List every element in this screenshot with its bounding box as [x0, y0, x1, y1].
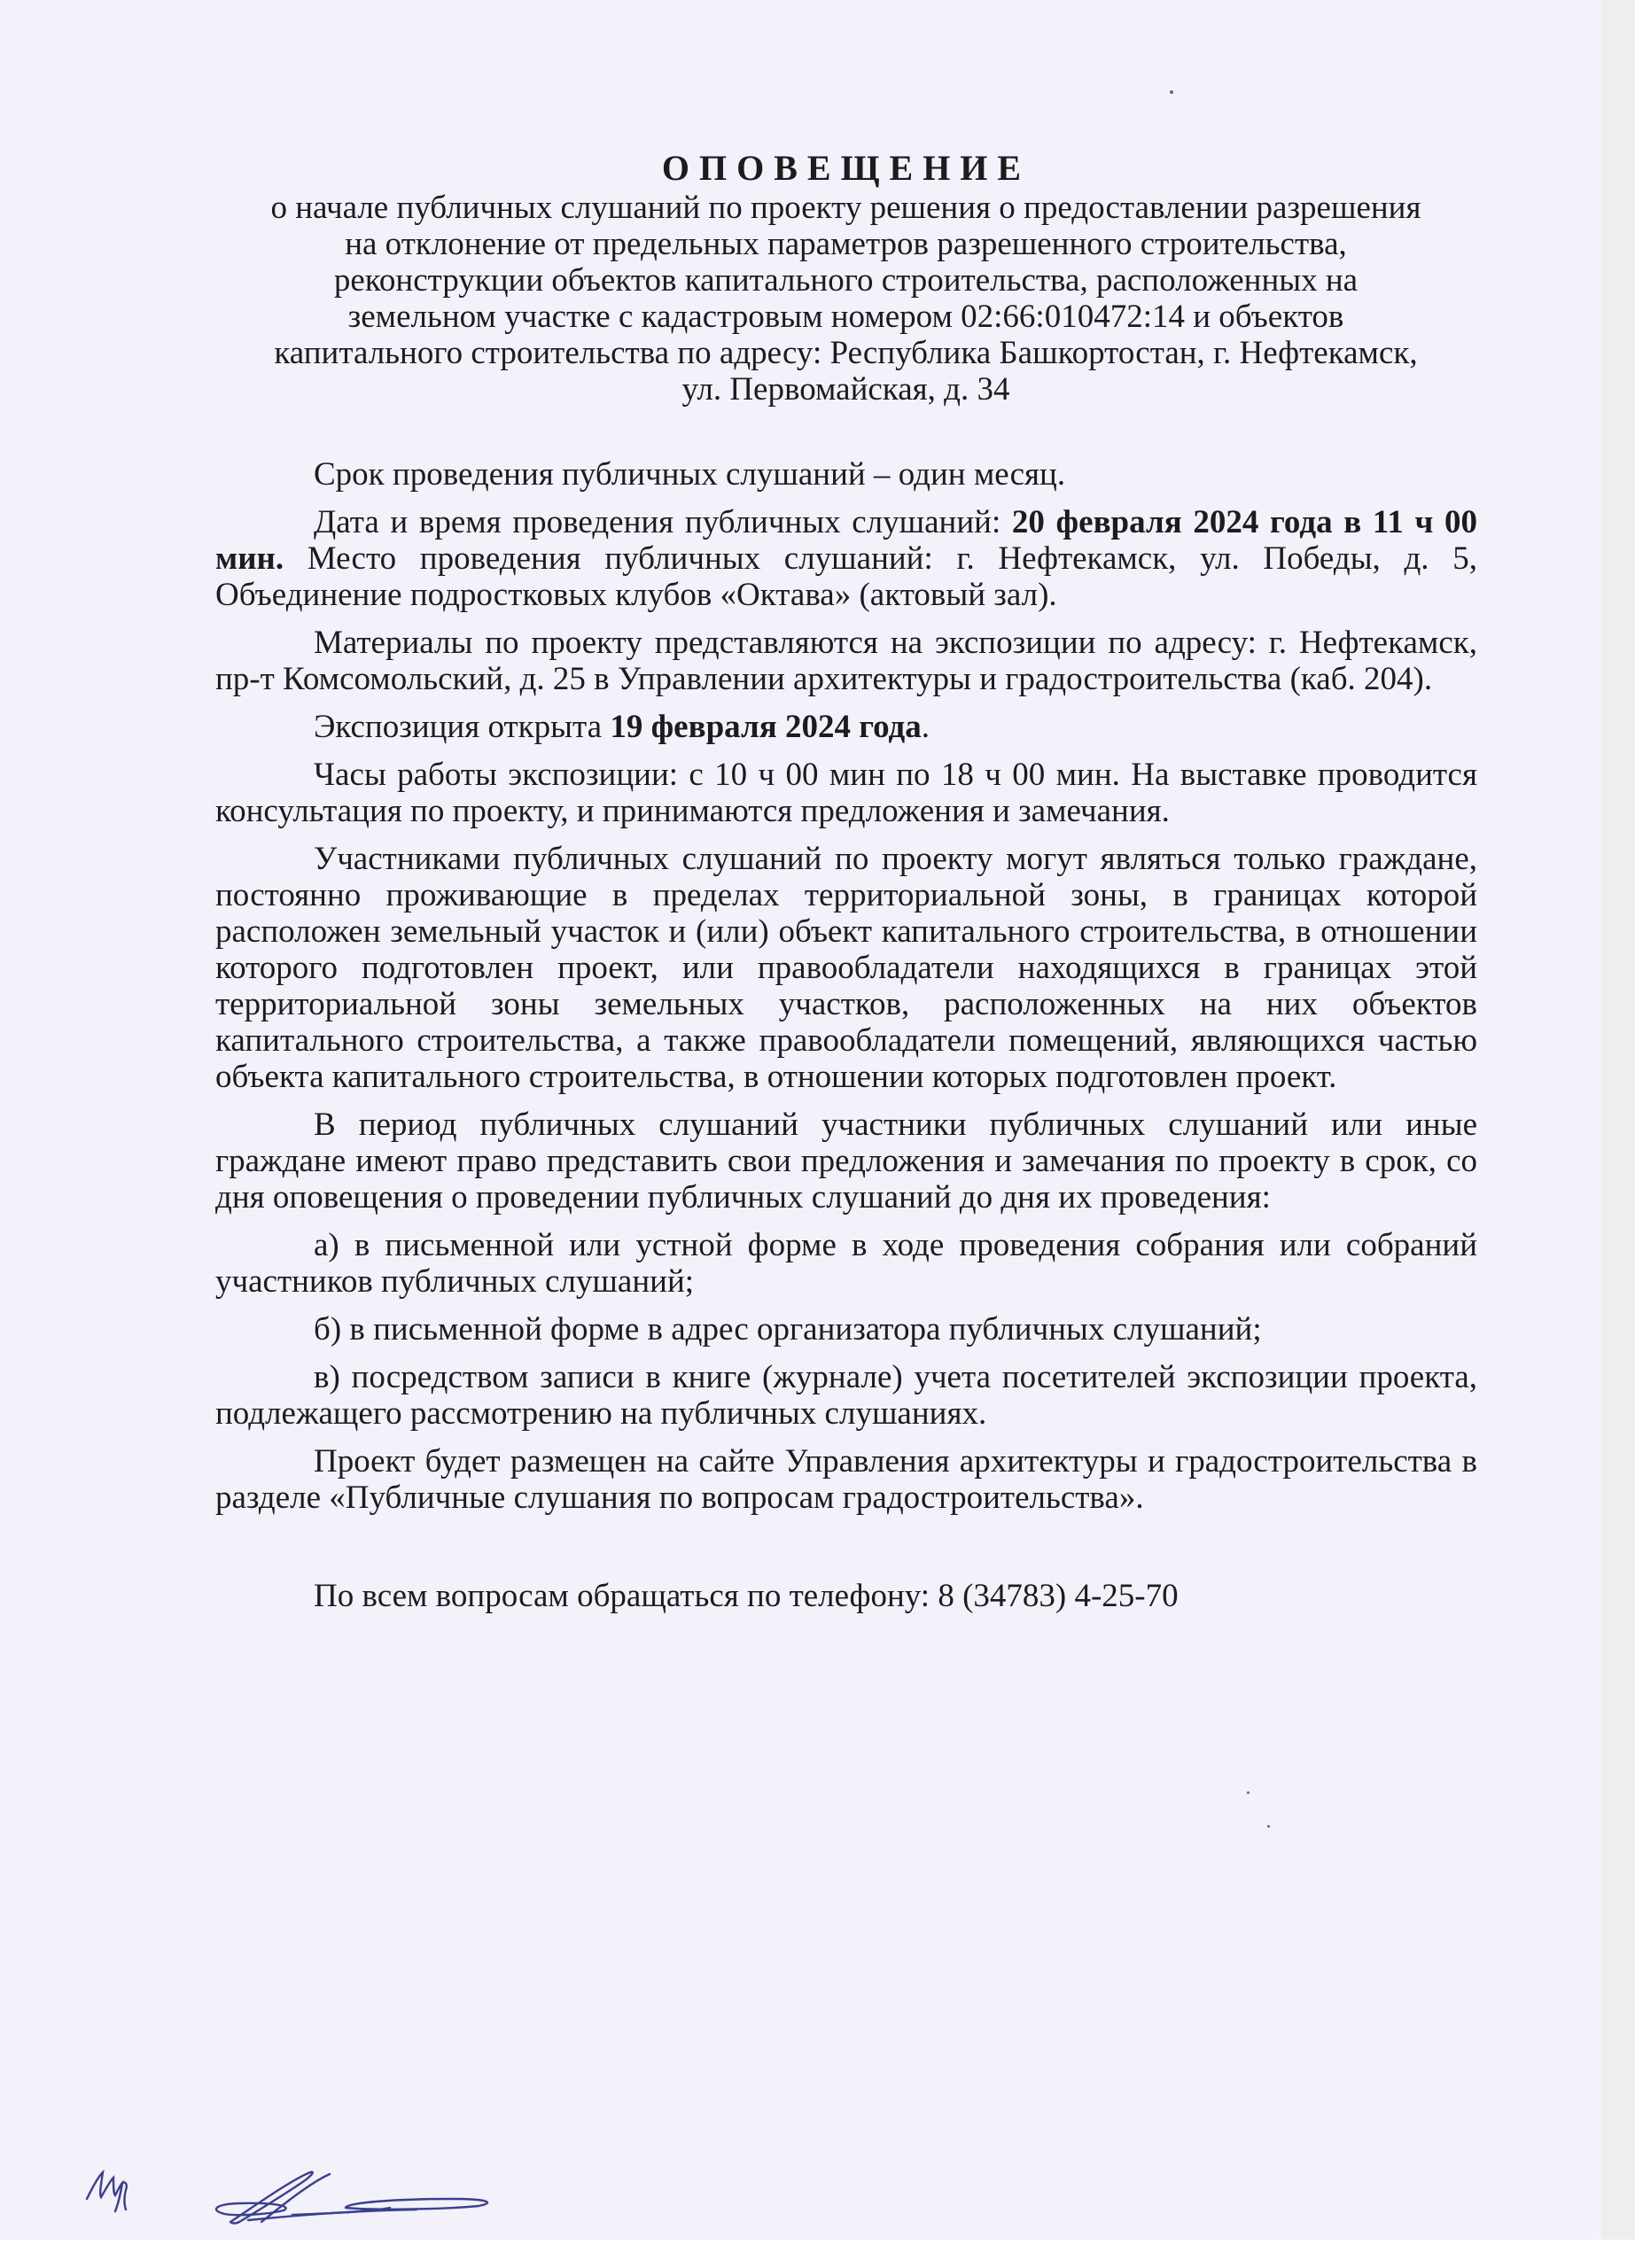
- paragraph-duration: Срок проведения публичных слушаний – оди…: [215, 456, 1477, 493]
- scan-speck: [1247, 1791, 1250, 1794]
- scan-speck: [1267, 1825, 1270, 1828]
- scan-speck: [1170, 90, 1173, 94]
- document-body: Срок проведения публичных слушаний – оди…: [215, 456, 1477, 1626]
- paragraph-participants: Участниками публичных слушаний по проект…: [215, 841, 1477, 1095]
- paragraph-datetime: Дата и время проведения публичных слушан…: [215, 504, 1477, 613]
- list-item-option-v: в) посредством записи в книге (журнале) …: [215, 1359, 1477, 1432]
- subtitle-line: ул. Первомайская, д. 34: [215, 371, 1476, 408]
- signature-ink-icon: [87, 2172, 487, 2224]
- paragraph-website: Проект будет размещен на сайте Управлени…: [215, 1443, 1477, 1516]
- datetime-prefix: Дата и время проведения публичных слушан…: [314, 504, 1012, 540]
- document-subtitle: о начале публичных слушаний по проекту р…: [215, 190, 1476, 408]
- paragraph-hours: Часы работы экспозиции: с 10 ч 00 мин по…: [215, 757, 1477, 829]
- hearing-location: Место проведения публичных слушаний: г. …: [215, 540, 1477, 613]
- page-bottom-margin: [0, 2240, 1635, 2268]
- subtitle-line: земельном участке с кадастровым номером …: [215, 299, 1476, 335]
- subtitle-line: реконструкции объектов капитального стро…: [215, 262, 1476, 299]
- exposition-suffix: .: [922, 709, 930, 745]
- handwritten-signature: [80, 2162, 629, 2233]
- subtitle-line: на отклонение от предельных параметров р…: [215, 226, 1476, 262]
- list-item-option-a: а) в письменной или устной форме в ходе …: [215, 1227, 1477, 1300]
- paragraph-contact-phone: По всем вопросам обращаться по телефону:…: [215, 1578, 1477, 1614]
- paragraph-exposition: Экспозиция открыта 19 февраля 2024 года.: [215, 709, 1477, 745]
- subtitle-line: о начале публичных слушаний по проекту р…: [215, 190, 1476, 226]
- subtitle-line: капитального строительства по адресу: Ре…: [215, 335, 1476, 371]
- exposition-date: 19 февраля 2024 года: [610, 709, 921, 745]
- document-title: ОПОВЕЩЕНИЕ: [0, 149, 1635, 188]
- list-item-option-b: б) в письменной форме в адрес организато…: [215, 1311, 1477, 1348]
- paragraph-rights: В период публичных слушаний участники пу…: [215, 1107, 1477, 1216]
- scanner-edge-strip: [1601, 0, 1635, 2240]
- paragraph-materials: Материалы по проекту представляются на э…: [215, 625, 1477, 697]
- exposition-prefix: Экспозиция открыта: [314, 709, 610, 745]
